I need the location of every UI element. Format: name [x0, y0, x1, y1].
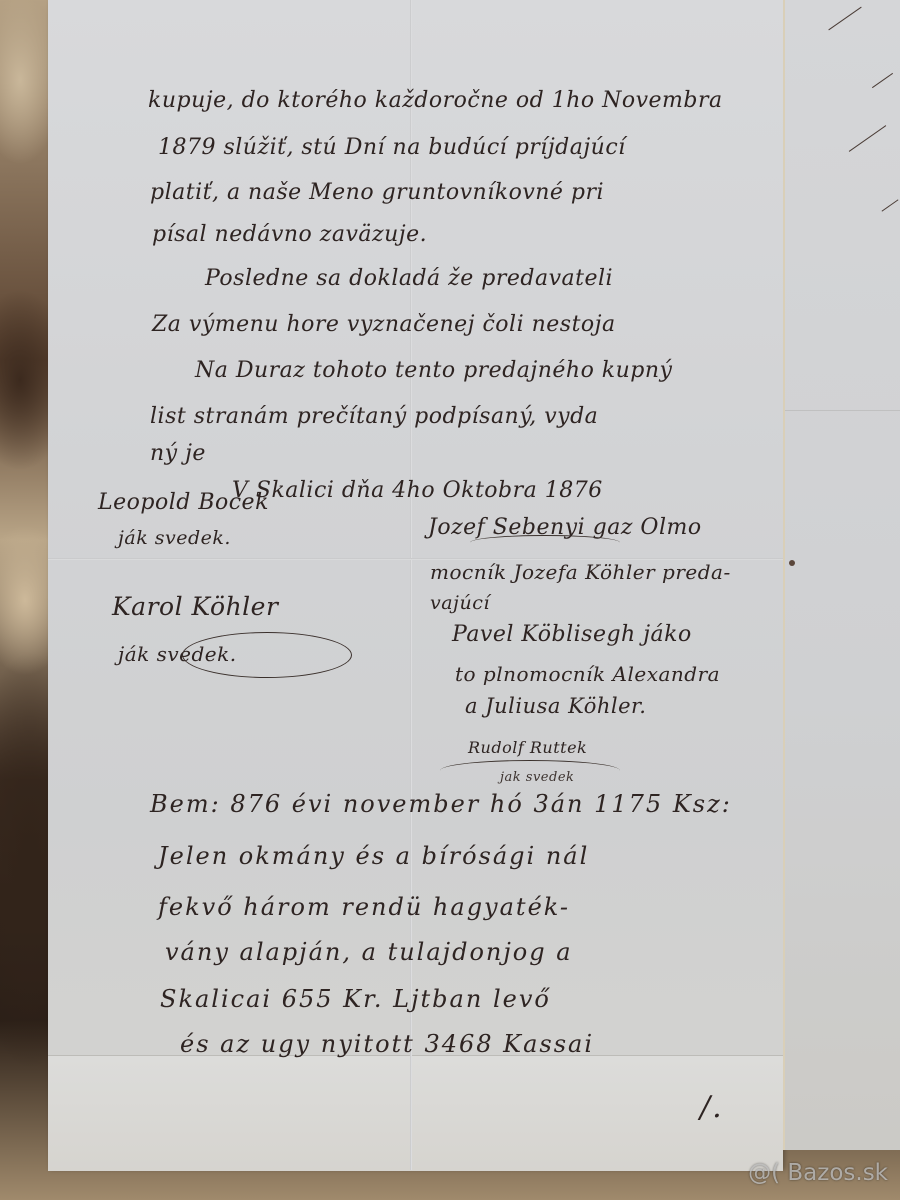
seller-signature-line: Pavel Köblisegh jáko — [452, 622, 692, 647]
body-line-5: Posledne sa dokladá že predavateli — [205, 266, 613, 291]
body-line-3: platiť, a naše Meno gruntovníkovné pri — [150, 180, 604, 205]
body-line-2: 1879 slúžiť, stú Dní na budúcí príjdajúc… — [158, 135, 626, 160]
seller-signature-line: to plnomocník Alexandra — [455, 662, 720, 686]
witness-signature: Rudolf Ruttek — [468, 738, 587, 757]
body-line-9: ný je — [150, 441, 206, 466]
witness-signature: Leopold Bocek — [98, 490, 269, 515]
body-line-7: Na Duraz tohoto tento predajného kupný — [195, 358, 673, 383]
seller-signature-line: vajúcí — [430, 592, 490, 614]
ink-stroke — [849, 125, 886, 152]
body-line-6: Za výmenu hore vyznačenej čoli nestoja — [152, 312, 616, 337]
ink-stroke — [872, 73, 893, 88]
annotation-line-2: Jelen okmány és a bírósági nál — [158, 842, 589, 870]
annotation-line-4: vány alapján, a tulajdonjog a — [165, 938, 573, 966]
body-line-8: list stranám prečítaný podpísaný, vyda — [150, 404, 598, 429]
ink-stroke — [882, 199, 899, 211]
annotation-line-3: fekvő három rendü hagyaték- — [158, 893, 570, 921]
witness-role: jak svedek — [500, 770, 574, 785]
ink-stroke — [828, 7, 861, 31]
folded-bottom-flap — [48, 1055, 783, 1171]
adjacent-page-crease — [785, 410, 900, 411]
witness-signature: Karol Köhler — [112, 592, 278, 621]
annotation-line-5: Skalicai 655 Kr. Ljtban levő — [160, 985, 551, 1013]
signature-oval-flourish — [182, 632, 352, 678]
seller-signature-line: a Juliusa Köhler. — [465, 694, 646, 718]
paper-hole-damage — [789, 560, 795, 566]
witness-role: ják svedek. — [118, 527, 231, 549]
body-line-1: kupuje, do ktorého každoročne od 1ho Nov… — [148, 88, 723, 113]
annotation-line-6: és az ugy nyitott 3468 Kassai — [180, 1030, 594, 1058]
body-line-4: písal nedávno zaväzuje. — [152, 222, 427, 247]
adjacent-page-fragment — [783, 0, 900, 1150]
closing-mark: /. — [700, 1090, 724, 1125]
date-line: V Skalici dňa 4ho Oktobra 1876 — [232, 478, 603, 503]
signature-underline — [470, 535, 620, 550]
watermark: @( Bazos.sk — [748, 1160, 888, 1186]
annotation-line-1: Bem: 876 évi november hó 3án 1175 Ksz: — [150, 790, 732, 818]
seller-signature-line: mocník Jozefa Köhler preda- — [430, 560, 731, 584]
